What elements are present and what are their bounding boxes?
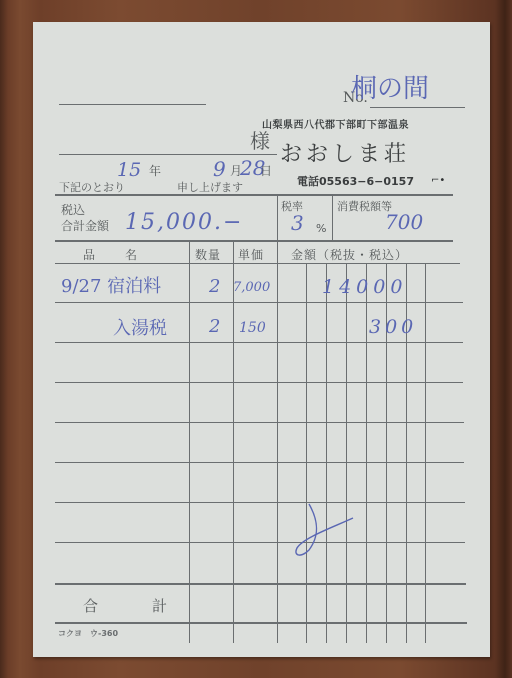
total-label-line2: 合計金額 [61, 217, 109, 234]
receipt-paper: No. 桐の間 様 山梨県西八代郡下部町下部温泉 おおしま荘 電話05563−6… [33, 22, 490, 657]
amount-subcol-1 [306, 264, 307, 643]
phrase-left: 下記のとおり [59, 179, 125, 195]
header-amount: 金額（税抜・税込） [291, 246, 408, 263]
row-unit-price: 150 [239, 320, 266, 336]
amount-subcol-7 [425, 264, 426, 643]
date-year-value: 15 [117, 159, 141, 181]
row-qty: 2 [209, 316, 220, 337]
row-line-7 [55, 542, 465, 543]
consumption-tax-label: 消費税額等 [337, 198, 392, 214]
issuer-name: おおしま荘 [280, 137, 410, 168]
row-line-6 [55, 502, 465, 503]
room-no-value: 桐の間 [351, 68, 429, 105]
amount-subcol-3 [346, 264, 347, 643]
tax-rate-value: 3 [291, 211, 304, 235]
form-code: コクヨ ウ-360 [58, 628, 118, 639]
row-amount: 14000 [322, 276, 407, 298]
row-line-2 [55, 342, 463, 343]
row-line-1 [55, 302, 463, 303]
stamp-mark: ⌐• [431, 175, 445, 186]
handwritten-strike-mark [291, 500, 371, 560]
row-item: 入湯税 [113, 314, 167, 340]
row-line-total-bottom [55, 622, 467, 624]
date-year-label: 年 [149, 162, 161, 179]
header-bottom-line [55, 263, 460, 264]
amount-subcol-4 [366, 264, 367, 643]
tax-rate-left-border [277, 195, 278, 240]
consumption-tax-value: 700 [385, 210, 423, 234]
total-value: 15,000.− [125, 210, 243, 235]
amount-subcol-2 [326, 264, 327, 643]
issuer-address: 山梨県西八代郡下部町下部温泉 [262, 116, 409, 131]
row-unit-price: 7,000 [233, 280, 270, 295]
header-unit-price: 単価 [238, 246, 264, 263]
tax-amount-left-border [332, 195, 333, 240]
row-line-3 [55, 382, 463, 383]
row-line-8-total-top [55, 583, 466, 585]
footer-label-right: 計 [152, 595, 167, 616]
footer-label-left: 合 [83, 595, 98, 616]
row-amount: 300 [369, 316, 417, 338]
row-qty: 2 [209, 276, 220, 297]
room-no-underline [370, 107, 465, 108]
header-item: 品 名 [83, 246, 139, 263]
total-bottom-line [55, 240, 453, 242]
phrase-right: 申し上げます [177, 179, 243, 195]
addressee-line-2 [59, 154, 277, 155]
date-bottom-line [55, 194, 453, 196]
issuer-phone: 電話05563−6−0157 [297, 173, 414, 189]
date-month-value: 9 [213, 157, 226, 181]
header-qty: 数量 [195, 246, 221, 263]
total-label-line1: 税込 [61, 201, 85, 218]
tax-rate-unit: % [316, 222, 326, 235]
addressee-line-1 [59, 104, 206, 105]
row-line-4 [55, 422, 464, 423]
date-day-label: 日 [260, 162, 272, 179]
row-line-5 [55, 462, 464, 463]
row-item: 9/27 宿泊料 [61, 272, 161, 298]
